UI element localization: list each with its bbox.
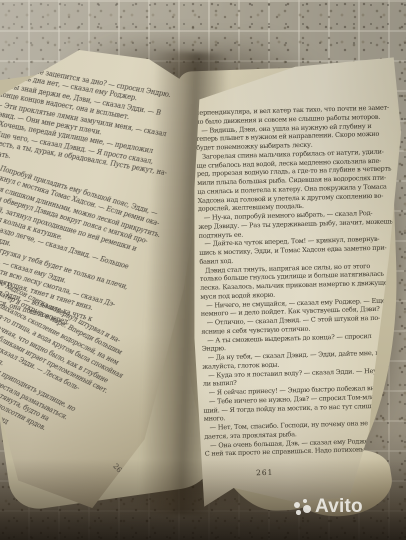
avito-logo-icon bbox=[294, 498, 311, 516]
avito-watermark: Avito bbox=[294, 496, 363, 518]
avito-label: Avito bbox=[315, 496, 363, 518]
photo-scene: — А она не зацепится за дно? — спросил Э… bbox=[0, 0, 406, 540]
right-page-number: 261 bbox=[256, 468, 274, 477]
